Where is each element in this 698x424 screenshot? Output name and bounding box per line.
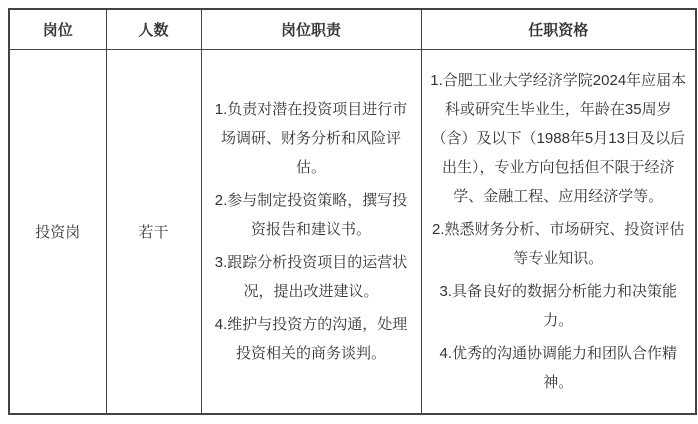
header-duties: 岗位职责	[201, 9, 421, 49]
duty-item-1: 1.负责对潜在投资项目进行市场调研、财务分析和风险评估。	[212, 95, 411, 182]
table-row: 投资岗 若干 1.负责对潜在投资项目进行市场调研、财务分析和风险评估。 2.参与…	[9, 49, 696, 414]
document-page: 岗位 人数 岗位职责 任职资格 投资岗 若干 1.负责对潜在投资项目进行市场调研…	[0, 0, 698, 424]
header-qualifications: 任职资格	[421, 9, 696, 49]
header-headcount: 人数	[106, 9, 201, 49]
duty-item-2: 2.参与制定投资策略，撰写投资报告和建议书。	[212, 186, 411, 244]
qualification-item-4: 4.优秀的沟通协调能力和团队合作精神。	[430, 339, 688, 397]
table-header-row: 岗位 人数 岗位职责 任职资格	[9, 9, 696, 49]
job-table: 岗位 人数 岗位职责 任职资格 投资岗 若干 1.负责对潜在投资项目进行市场调研…	[8, 8, 697, 415]
qualification-item-1: 1.合肥工业大学经济学院2024年应届本科或研究生毕业生，年龄在35周岁（含）及…	[430, 66, 688, 211]
cell-qualifications: 1.合肥工业大学经济学院2024年应届本科或研究生毕业生，年龄在35周岁（含）及…	[421, 49, 696, 414]
duty-item-3: 3.跟踪分析投资项目的运营状况，提出改进建议。	[212, 248, 411, 306]
qualification-item-2: 2.熟悉财务分析、市场研究、投资评估等专业知识。	[430, 215, 688, 273]
cell-headcount: 若干	[106, 49, 201, 414]
cell-position: 投资岗	[9, 49, 106, 414]
duty-item-4: 4.维护与投资方的沟通，处理投资相关的商务谈判。	[212, 310, 411, 368]
qualification-item-3: 3.具备良好的数据分析能力和决策能力。	[430, 277, 688, 335]
cell-duties: 1.负责对潜在投资项目进行市场调研、财务分析和风险评估。 2.参与制定投资策略，…	[201, 49, 421, 414]
header-position: 岗位	[9, 9, 106, 49]
